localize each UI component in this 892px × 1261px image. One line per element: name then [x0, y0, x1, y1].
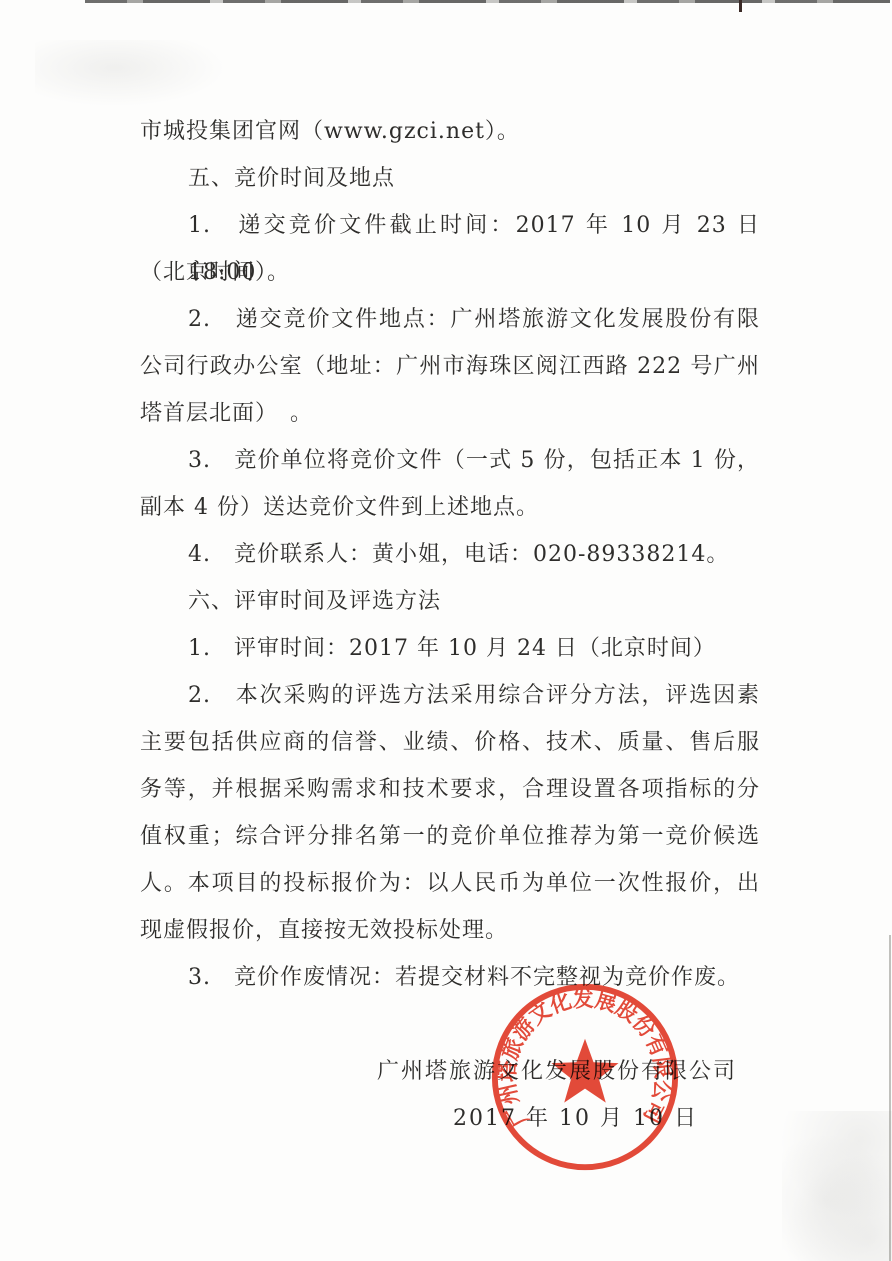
- text-line: 务等，并根据采购需求和技术要求，合理设置各项指标的分: [140, 766, 760, 813]
- text-line: 1. 评审时间：2017 年 10 月 24 日（北京时间）: [140, 625, 760, 672]
- scan-artifact-noise: [782, 1111, 892, 1261]
- text-line: 人。本项目的投标报价为：以人民币为单位一次性报价，出: [140, 860, 760, 907]
- scan-artifact-tick: [739, 0, 742, 12]
- blank-line: [140, 1001, 760, 1048]
- section-heading-6: 六、评审时间及评选方法: [140, 578, 760, 625]
- text-line: （北京时间）。: [140, 249, 760, 296]
- text-line: 塔首层北面） 。: [140, 390, 760, 437]
- text-line: 市城投集团官网（www.gzci.net）。: [140, 108, 760, 155]
- text-line: 副本 4 份）送达竞价文件到上述地点。: [140, 484, 760, 531]
- text-line: 现虚假报价，直接按无效投标处理。: [140, 907, 760, 954]
- signature-date: 2017 年 10 月 10 日: [140, 1095, 760, 1142]
- text-line: 主要包括供应商的信誉、业绩、价格、技术、质量、售后服: [140, 719, 760, 766]
- text-line: 2. 递交竞价文件地点：广州塔旅游文化发展股份有限: [140, 296, 760, 343]
- scan-artifact-top-edge: [85, 0, 890, 3]
- scanned-document-page: 市城投集团官网（www.gzci.net）。 五、竞价时间及地点 1. 递交竞价…: [0, 0, 892, 1261]
- document-body: 市城投集团官网（www.gzci.net）。 五、竞价时间及地点 1. 递交竞价…: [140, 108, 760, 1142]
- text-line: 4. 竞价联系人：黄小姐，电话：020-89338214。: [140, 531, 760, 578]
- text-line: 3. 竞价单位将竞价文件（一式 5 份，包括正本 1 份，: [140, 437, 760, 484]
- scan-artifact-smudge: [35, 40, 235, 110]
- signature-company: 广州塔旅游文化发展股份有限公司: [140, 1048, 760, 1095]
- text-line: 值权重；综合评分排名第一的竞价单位推荐为第一竞价候选: [140, 813, 760, 860]
- text-line: 1. 递交竞价文件截止时间：2017 年 10 月 23 日 18:00: [140, 202, 760, 249]
- text-line: 3. 竞价作废情况：若提交材料不完整视为竞价作废。: [140, 954, 760, 1001]
- text-line: 公司行政办公室（地址：广州市海珠区阅江西路 222 号广州: [140, 343, 760, 390]
- text-line: 2. 本次采购的评选方法采用综合评分方法，评选因素: [140, 672, 760, 719]
- section-heading-5: 五、竞价时间及地点: [140, 155, 760, 202]
